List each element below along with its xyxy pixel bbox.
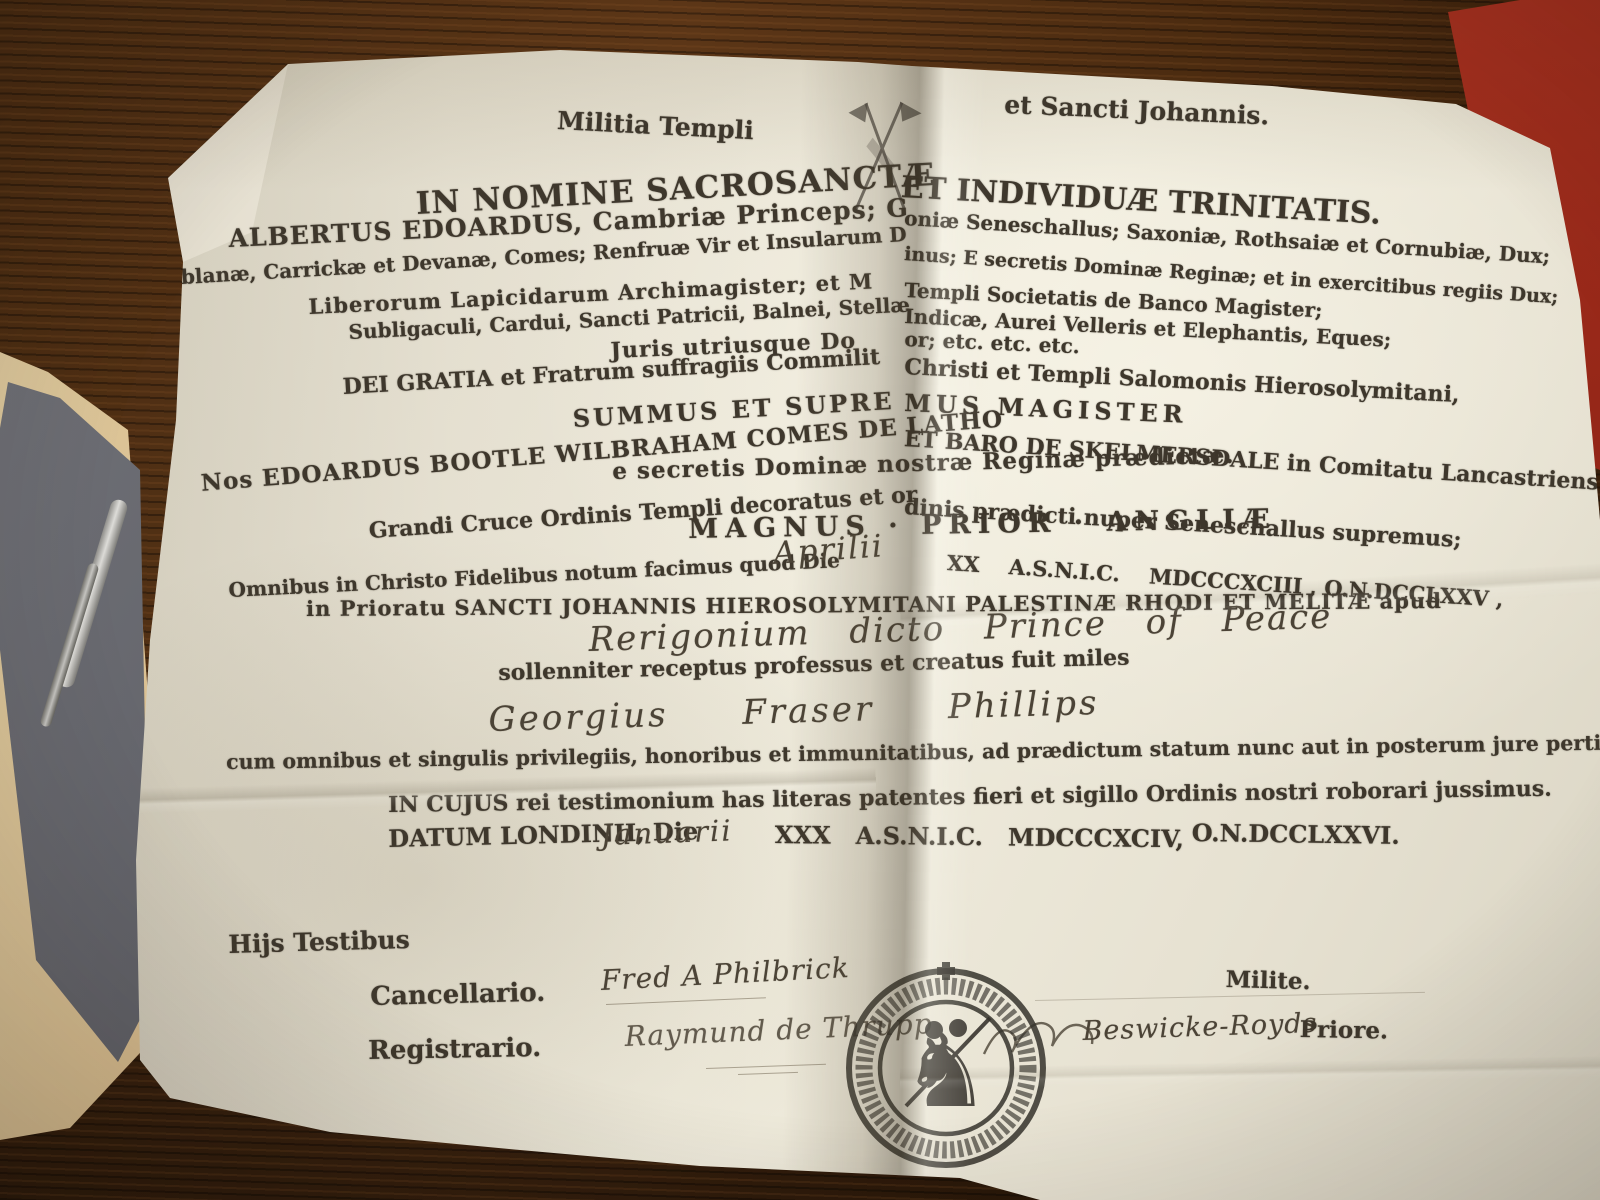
registrar-label: Registrario.: [368, 1033, 541, 1066]
witness-heading: Hijs Testibus: [228, 925, 410, 959]
milite-label: Milite.: [1225, 966, 1311, 995]
line-datum-post: O.N.DCCLXXVI.: [1192, 818, 1400, 850]
chancellor-label: Cancellario.: [370, 978, 546, 1012]
parchment-document: Militia Templi et Sancti Johannis. IN NO…: [0, 0, 1600, 1200]
prior-label: Priore.: [1300, 1016, 1389, 1045]
photo-of-certificate: Militia Templi et Sancti Johannis. IN NO…: [0, 0, 1600, 1200]
date-january-script: Januarii: [600, 813, 733, 852]
